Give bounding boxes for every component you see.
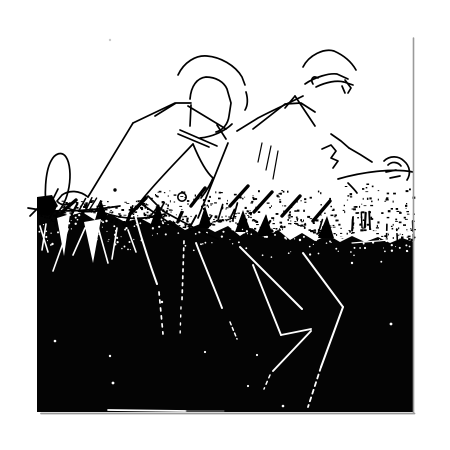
white-speckle-mark	[353, 255, 355, 257]
white-dot	[54, 340, 57, 343]
dither-band-mark	[207, 226, 210, 227]
dither-band-mark	[376, 227, 379, 228]
white-speckle-mark	[108, 239, 109, 240]
dither-band-mark	[392, 228, 394, 230]
white-speckle-mark	[92, 214, 94, 216]
dither-band-mark	[397, 211, 400, 212]
dither-band-mark	[212, 224, 215, 226]
dither-band-mark	[271, 233, 272, 234]
dither-band-mark	[107, 201, 109, 202]
grass-blades-mark	[369, 212, 370, 229]
dither-band-mark	[393, 193, 396, 195]
dither-band-mark	[386, 238, 388, 239]
dither-band-mark	[215, 191, 216, 193]
dither-band-mark	[187, 203, 189, 204]
dither-band-mark	[247, 225, 248, 226]
dither-band-mark	[297, 210, 300, 212]
jacket-dot	[113, 188, 116, 191]
dither-band-mark	[247, 211, 249, 212]
dither-band-mark	[167, 208, 169, 209]
dither-band-mark	[124, 215, 127, 216]
dither-band-mark	[226, 207, 229, 208]
dither-band-mark	[281, 226, 283, 228]
dither-band-mark	[249, 228, 251, 230]
dither-band-mark	[103, 205, 106, 206]
white-speckle-mark	[165, 233, 167, 235]
white-speckle-mark	[101, 220, 103, 222]
dither-band-mark	[97, 212, 98, 213]
dither-band-mark	[258, 211, 260, 213]
dither-band-mark	[244, 219, 247, 221]
dither-band-mark	[282, 229, 283, 231]
dither-band-mark	[213, 219, 215, 220]
dither-band-mark	[313, 232, 316, 234]
grass-blades-mark	[397, 229, 398, 242]
dither-band-mark	[252, 231, 253, 232]
dither-band-mark	[395, 221, 398, 222]
white-speckle-mark	[88, 213, 89, 214]
dither-band-mark	[110, 210, 112, 211]
dither-band-mark	[273, 223, 275, 224]
dither-band-mark	[289, 214, 291, 216]
dither-band-mark	[313, 222, 315, 224]
dither-band-mark	[166, 204, 168, 205]
dither-band-mark	[52, 221, 55, 222]
dither-band-mark	[50, 220, 51, 222]
dither-band-mark	[176, 214, 177, 215]
dither-band-mark	[393, 224, 394, 226]
white-speckle-mark	[371, 236, 373, 238]
dither-band-mark	[298, 225, 300, 226]
dither-band-mark	[167, 204, 169, 206]
dither-band-mark	[228, 219, 230, 220]
dither-band-mark	[340, 228, 341, 229]
dither-band-mark	[93, 212, 95, 213]
dither-band-mark	[402, 243, 403, 245]
dither-band-mark	[227, 200, 228, 202]
white-speckle-mark	[125, 227, 127, 229]
dither-band-mark	[370, 205, 373, 206]
white-speckle-mark	[184, 245, 186, 247]
dither-band-mark	[244, 197, 245, 198]
dither-band-mark	[239, 197, 241, 199]
white-speckle-mark	[152, 227, 154, 229]
dither-band-mark	[244, 215, 246, 217]
dither-band-mark	[277, 195, 279, 197]
dither-band-mark	[132, 220, 134, 222]
dither-band-mark	[388, 234, 389, 236]
dither-band-mark	[350, 193, 353, 195]
dither-band-mark	[179, 225, 181, 226]
dither-band-mark	[273, 220, 274, 221]
dither-band-mark	[371, 201, 372, 203]
dither-band-mark	[344, 205, 345, 206]
dither-band-mark	[304, 202, 306, 203]
dither-band-mark	[336, 234, 337, 236]
dither-band-mark	[124, 202, 127, 203]
white-speckle-mark	[45, 236, 47, 238]
dither-band-mark	[367, 224, 369, 226]
dither-band-mark	[128, 224, 130, 225]
dither-band-mark	[270, 229, 273, 230]
white-speckle-mark	[102, 227, 103, 228]
dither-band-mark	[388, 210, 391, 212]
dither-band-mark	[147, 215, 148, 217]
dither-band-mark	[333, 227, 336, 228]
white-speckle-mark	[212, 228, 213, 229]
dither-band-mark	[198, 198, 199, 199]
white-speckle-mark	[205, 242, 207, 244]
dither-band-mark	[363, 219, 364, 220]
dither-band-mark	[377, 225, 378, 227]
white-speckle-mark	[395, 246, 396, 247]
dither-band-mark	[164, 192, 165, 193]
dither-band-mark	[361, 204, 362, 205]
dither-band-mark	[359, 224, 360, 225]
dither-band-mark	[132, 222, 133, 223]
dither-band-mark	[74, 214, 76, 215]
dither-band-mark	[333, 209, 335, 211]
dither-band-mark	[245, 213, 246, 214]
white-speckle-mark	[168, 224, 169, 225]
dither-band-mark	[204, 220, 206, 221]
dither-band-mark	[332, 239, 335, 240]
dither-band-mark	[114, 223, 116, 225]
white-speckle-mark	[409, 246, 411, 248]
dither-band-mark	[207, 205, 209, 206]
dither-band-mark	[206, 226, 209, 228]
dither-band-mark	[408, 238, 411, 240]
white-speckle-mark	[391, 244, 393, 246]
white-speckle-mark	[124, 229, 126, 231]
white-speckle-mark	[359, 247, 361, 249]
dither-band-mark	[359, 206, 360, 208]
dither-band-mark	[326, 226, 327, 228]
dither-band-mark	[276, 213, 279, 215]
white-speckle-mark	[105, 220, 107, 222]
white-speckle-mark	[245, 247, 247, 249]
dither-band-mark	[283, 211, 286, 213]
dither-band-mark	[49, 213, 50, 215]
dither-band-mark	[291, 207, 292, 208]
dither-band-mark	[279, 199, 281, 200]
dither-band-mark	[303, 226, 305, 227]
dither-band-mark	[363, 198, 364, 200]
bottom-streak	[108, 410, 186, 411]
dither-band-mark	[121, 209, 124, 211]
grass-blades-mark	[361, 212, 362, 228]
dither-band-mark	[269, 207, 271, 208]
white-speckle-mark	[165, 221, 166, 222]
dither-band-mark	[181, 209, 182, 210]
dither-band-mark	[387, 217, 390, 218]
white-speckle-mark	[193, 249, 195, 251]
dither-band-mark	[354, 206, 356, 207]
dither-band-mark	[63, 206, 65, 208]
dither-band-mark	[212, 222, 214, 223]
dither-band-mark	[304, 227, 306, 229]
dither-band-mark	[210, 203, 213, 204]
dither-band-mark	[350, 196, 352, 197]
white-speckle-mark	[290, 227, 291, 228]
dither-band-mark	[267, 203, 270, 204]
white-dot	[247, 385, 249, 387]
white-speckle-mark	[106, 231, 107, 232]
white-speckle-mark	[405, 244, 407, 246]
dither-band-mark	[187, 221, 189, 222]
white-speckle-mark	[285, 231, 287, 233]
white-speckle-mark	[335, 248, 337, 250]
dither-band-mark	[300, 219, 302, 221]
white-speckle-mark	[219, 224, 221, 226]
dither-band-mark	[226, 216, 227, 218]
white-speckle-mark	[162, 221, 164, 223]
dither-band-mark	[209, 196, 211, 198]
dither-band-mark	[126, 203, 129, 204]
dither-band-mark	[44, 216, 46, 218]
dither-band-mark	[284, 226, 286, 228]
dither-band-mark	[357, 217, 359, 218]
white-dot	[390, 323, 393, 326]
dither-band-mark	[110, 221, 111, 223]
dither-band-mark	[171, 210, 173, 211]
dither-band-mark	[235, 217, 237, 218]
dither-band-mark	[314, 230, 316, 232]
dither-band-mark	[255, 207, 258, 209]
dither-band-mark	[291, 216, 293, 217]
dither-band-mark	[279, 228, 280, 230]
white-speckle-mark	[363, 235, 365, 237]
white-speckle-mark	[228, 223, 230, 225]
dither-band-mark	[229, 221, 231, 223]
dither-band-mark	[352, 209, 354, 210]
dither-band-mark	[276, 228, 278, 230]
dither-band-mark	[320, 192, 321, 194]
faint-dot	[109, 39, 111, 41]
dither-band-mark	[134, 211, 137, 213]
dither-band-mark	[243, 223, 246, 224]
dither-band-mark	[221, 192, 223, 193]
dither-band-mark	[364, 229, 367, 231]
dither-band-mark	[104, 216, 105, 217]
dither-band-mark	[91, 201, 93, 202]
dither-band-mark	[340, 233, 342, 234]
dither-band-mark	[410, 228, 411, 229]
dither-band-mark	[316, 219, 319, 221]
dither-band-mark	[38, 200, 39, 202]
dither-band-mark	[209, 214, 211, 215]
dither-band-mark	[404, 217, 406, 219]
dither-band-mark	[300, 200, 301, 201]
white-speckle-mark	[158, 226, 160, 228]
dither-band-mark	[253, 195, 254, 196]
dither-band-mark	[271, 218, 273, 219]
dither-band-mark	[362, 229, 364, 231]
dither-band-mark	[63, 209, 65, 211]
white-speckle-mark	[399, 247, 401, 249]
white-dot	[256, 354, 258, 356]
white-speckle-mark	[266, 236, 268, 238]
dither-band-mark	[187, 218, 189, 220]
dither-band-mark	[387, 193, 389, 195]
white-speckle-mark	[50, 233, 51, 234]
dither-band-mark	[219, 192, 221, 194]
white-speckle-mark	[195, 233, 197, 235]
dither-band-mark	[282, 205, 283, 206]
white-speckle-mark	[233, 226, 235, 228]
dither-band-mark	[249, 212, 252, 214]
dither-band-mark	[295, 201, 298, 202]
white-speckle-mark	[209, 227, 211, 229]
dither-band-mark	[345, 186, 348, 187]
dither-band-mark	[271, 230, 273, 232]
white-speckle-mark	[202, 243, 203, 244]
dither-band-mark	[135, 206, 137, 207]
dither-band-mark	[314, 229, 316, 230]
white-speckle-mark	[177, 232, 179, 234]
dither-band-mark	[347, 195, 349, 196]
dither-band-mark	[387, 199, 389, 200]
dither-band-mark	[399, 212, 402, 214]
dither-band-mark	[53, 215, 56, 217]
white-speckle-mark	[38, 231, 40, 233]
dither-band-mark	[84, 206, 86, 207]
dither-band-mark	[205, 218, 206, 220]
white-speckle-mark	[127, 249, 129, 251]
white-speckle-mark	[78, 214, 80, 216]
dither-band-mark	[310, 230, 313, 232]
white-dot	[351, 262, 353, 264]
dither-band-mark	[407, 237, 409, 238]
dither-band-mark	[338, 224, 340, 226]
white-speckle-mark	[221, 222, 222, 223]
dither-band-mark	[287, 219, 289, 221]
dither-band-mark	[246, 226, 249, 228]
dither-band-mark	[377, 221, 379, 223]
white-speckle-mark	[313, 244, 314, 245]
dither-band-mark	[403, 241, 404, 242]
dither-band-mark	[347, 233, 348, 235]
white-speckle-mark	[315, 239, 317, 241]
dither-band-mark	[321, 210, 323, 212]
white-speckle-mark	[116, 237, 118, 239]
dither-band-mark	[169, 190, 170, 191]
dither-band-mark	[54, 202, 57, 203]
dither-band-mark	[356, 206, 357, 208]
white-speckle-mark	[128, 241, 130, 243]
dither-band-mark	[85, 204, 87, 206]
dither-band-mark	[159, 191, 162, 193]
dither-band-mark	[366, 187, 368, 188]
dither-band-mark	[174, 194, 177, 195]
dither-band-mark	[304, 198, 306, 200]
dither-band-mark	[255, 198, 257, 200]
white-speckle-mark	[309, 246, 311, 248]
dither-band-mark	[104, 217, 106, 219]
dither-band-mark	[331, 215, 334, 217]
art-print-photo: black-and-white line-art print	[0, 0, 450, 450]
white-speckle-mark	[243, 232, 245, 234]
dither-band-mark	[326, 203, 328, 205]
white-speckle-mark	[43, 224, 44, 225]
dither-band-mark	[347, 200, 348, 201]
dither-band-mark	[391, 226, 393, 227]
dither-band-mark	[137, 200, 139, 202]
white-speckle-mark	[303, 236, 305, 238]
white-speckle-mark	[380, 261, 382, 263]
dither-band-mark	[329, 198, 331, 200]
white-speckle-mark	[288, 252, 290, 254]
dither-band-mark	[310, 218, 312, 219]
white-speckle-mark	[350, 251, 352, 253]
dither-band-mark	[141, 219, 143, 221]
dither-band-mark	[248, 216, 250, 218]
white-speckle-mark	[247, 233, 248, 234]
dither-band-mark	[184, 227, 187, 228]
white-speckle-mark	[271, 256, 273, 258]
dither-band-mark	[40, 216, 43, 217]
dither-band-mark	[250, 217, 252, 218]
dither-band-mark	[279, 201, 281, 203]
white-speckle-mark	[108, 241, 109, 242]
white-speckle-mark	[391, 250, 393, 252]
dither-band-mark	[255, 221, 258, 223]
dither-band-mark	[330, 227, 331, 228]
dither-band-mark	[247, 215, 249, 216]
dither-band-mark	[406, 208, 407, 209]
white-speckle-mark	[221, 235, 223, 237]
dither-band-mark	[242, 198, 243, 200]
dither-band-mark	[146, 203, 147, 205]
white-dot	[112, 382, 115, 385]
dither-band-mark	[235, 213, 237, 214]
dither-band-mark	[239, 221, 242, 222]
white-speckle-mark	[134, 225, 136, 227]
dither-band-mark	[407, 214, 410, 215]
dither-band-mark	[271, 193, 272, 194]
dither-band-mark	[182, 216, 183, 217]
dither-band-mark	[335, 220, 337, 222]
dither-band-mark	[250, 203, 253, 204]
dither-band-mark	[168, 195, 169, 197]
white-speckle-mark	[274, 234, 276, 236]
dither-band-mark	[301, 225, 304, 227]
white-speckle-mark	[262, 254, 264, 256]
white-speckle-mark	[312, 235, 313, 236]
dither-band-mark	[141, 208, 143, 210]
dither-band-mark	[393, 201, 394, 203]
dither-band-mark	[237, 223, 239, 225]
dither-band-mark	[329, 226, 331, 227]
dither-band-mark	[50, 205, 53, 206]
dither-band-mark	[294, 221, 296, 222]
dither-band-mark	[406, 190, 409, 192]
white-speckle-mark	[242, 229, 243, 230]
dither-band-mark	[191, 216, 192, 217]
dither-band-mark	[60, 215, 62, 217]
white-speckle-mark	[139, 222, 141, 224]
dither-band-mark	[182, 219, 184, 221]
dither-band-mark	[318, 191, 319, 193]
white-speckle-mark	[152, 235, 153, 236]
white-speckle-mark	[295, 229, 296, 230]
dither-band-mark	[384, 201, 386, 202]
white-speckle-mark	[379, 239, 380, 240]
dither-band-mark	[69, 207, 71, 208]
dither-band-mark	[335, 214, 337, 216]
dither-band-mark	[47, 206, 48, 208]
dither-band-mark	[290, 221, 291, 222]
